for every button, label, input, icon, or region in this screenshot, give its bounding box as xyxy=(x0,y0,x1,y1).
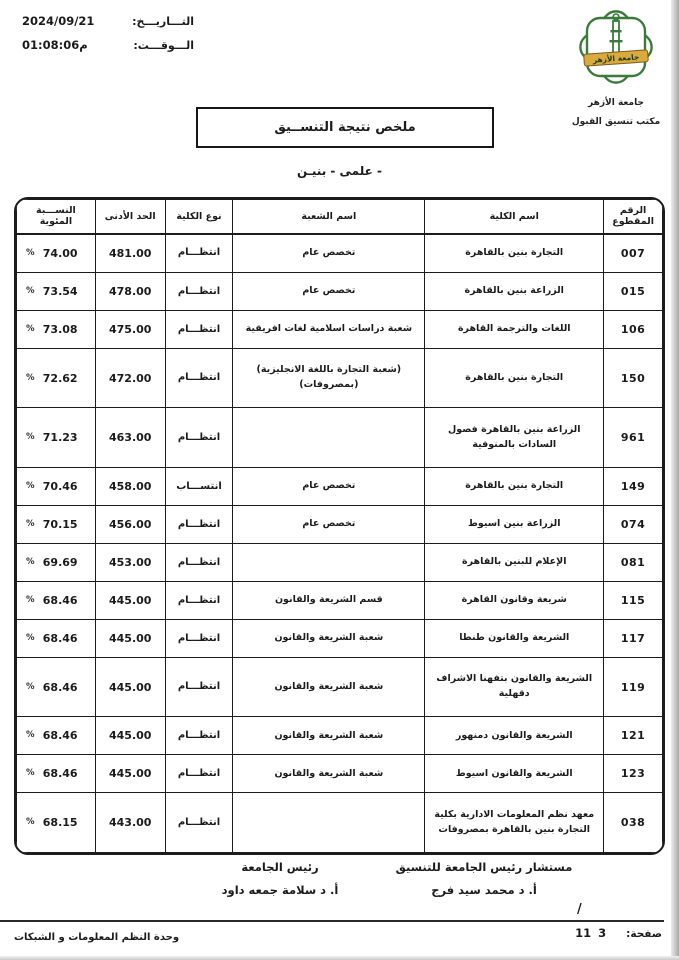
cell-division-name: شعبة الشريعة والقانون xyxy=(233,755,425,793)
signature-left-name: أ. د سلامة جمعه داود xyxy=(164,883,396,897)
header-college-name: اسم الكلية xyxy=(425,200,604,234)
header-division-name: اسم الشعبة xyxy=(233,200,425,234)
cell-minimum-score: 472.00 xyxy=(95,348,165,407)
cell-percentage: % 71.23 xyxy=(17,408,96,467)
cell-percentage: % 72.62 xyxy=(17,348,96,407)
cell-percentage: % 68.46 xyxy=(17,581,96,619)
cell-percentage: % 69.69 xyxy=(17,543,96,581)
signature-university-president: رئيس الجامعة أ. د سلامة جمعه داود xyxy=(164,860,396,897)
cell-division-name: (شعبة التجارة باللغة الانجليزية)(بمصروفا… xyxy=(233,348,425,407)
percent-sign: % xyxy=(26,518,35,531)
cell-percentage: % 70.46 xyxy=(17,467,96,505)
percent-sign: % xyxy=(26,632,35,645)
issuing-unit: وحدة النظم المعلومات و الشبكات xyxy=(14,932,179,943)
footer-divider xyxy=(0,920,664,922)
cell-code: 123 xyxy=(604,755,663,793)
office-name: مكتب تنسيق القبول xyxy=(567,117,665,127)
cell-division-name: تخصص عام xyxy=(233,467,425,505)
cell-minimum-score: 478.00 xyxy=(95,272,165,310)
page-fraction-slash: / xyxy=(577,902,582,917)
cell-percentage: % 73.54 xyxy=(17,272,96,310)
percent-sign: % xyxy=(26,480,35,493)
cell-division-name: شعبة الشريعة والقانون xyxy=(233,717,425,755)
cell-code: 961 xyxy=(604,408,663,467)
cell-college-name: التجارة بنين بالقاهرة xyxy=(425,467,604,505)
cell-college-type: انتظـــام xyxy=(165,581,233,619)
cell-college-name: معهد نظم المعلومات الادارية بكلية التجار… xyxy=(425,793,604,853)
table-row: 119 الشريعة والقانون بتفهنا الاشراف دقهل… xyxy=(17,657,663,716)
header-code: الرقم المقطوع xyxy=(604,200,663,234)
percent-sign: % xyxy=(26,431,35,444)
report-title-box: ملخص نتيجة التنســيق xyxy=(196,107,494,148)
results-table-head: الرقم المقطوع اسم الكلية اسم الشعبة نوع … xyxy=(17,200,663,234)
cell-college-type: انتظـــام xyxy=(165,234,233,273)
table-row: 121 الشريعة والقانون دمنهور شعبة الشريعة… xyxy=(17,717,663,755)
cell-college-type: انتظـــام xyxy=(165,657,233,716)
table-row: 115 شريعة وقانون القاهرة قسم الشريعة وال… xyxy=(17,581,663,619)
cell-division-name: تخصص عام xyxy=(233,505,425,543)
cell-division-name: تخصص عام xyxy=(233,272,425,310)
cell-code: 149 xyxy=(604,467,663,505)
percent-sign: % xyxy=(26,767,35,780)
percent-sign: % xyxy=(26,285,35,298)
header-percentage: النســـبة المئوية xyxy=(17,200,96,234)
cell-college-name: الإعلام للبنين بالقاهرة xyxy=(425,543,604,581)
table-header-row: الرقم المقطوع اسم الكلية اسم الشعبة نوع … xyxy=(17,200,663,234)
cell-college-type: انتظـــام xyxy=(165,348,233,407)
cell-college-type: انتظـــام xyxy=(165,505,233,543)
cell-college-type: انتظـــام xyxy=(165,717,233,755)
signature-right-title: مستشار رئيس الجامعة للتنسيق xyxy=(368,860,600,874)
cell-minimum-score: 456.00 xyxy=(95,505,165,543)
header-college-type: نوع الكلية xyxy=(165,200,233,234)
cell-code: 117 xyxy=(604,619,663,657)
signature-left-title: رئيس الجامعة xyxy=(164,860,396,874)
time-value: 01:08:06م xyxy=(22,38,88,52)
cell-code: 074 xyxy=(604,505,663,543)
cell-division-name: تخصص عام xyxy=(233,234,425,273)
cell-minimum-score: 445.00 xyxy=(95,657,165,716)
table-row: 961 الزراعة بنين بالقاهرة فصول السادات ب… xyxy=(17,408,663,467)
cell-college-name: الزراعة بنين بالقاهرة xyxy=(425,272,604,310)
cell-division-name: شعبة الشريعة والقانون xyxy=(233,619,425,657)
cell-minimum-score: 445.00 xyxy=(95,717,165,755)
cell-code: 015 xyxy=(604,272,663,310)
results-table: الرقم المقطوع اسم الكلية اسم الشعبة نوع … xyxy=(14,197,665,855)
cell-division-name: شعبة دراسات اسلامية لغات افريقية xyxy=(233,310,425,348)
percent-sign: % xyxy=(26,372,35,385)
table-row: 038 معهد نظم المعلومات الادارية بكلية ال… xyxy=(17,793,663,853)
cell-minimum-score: 443.00 xyxy=(95,793,165,853)
cell-code: 038 xyxy=(604,793,663,853)
table-row: 015 الزراعة بنين بالقاهرة تخصص عام انتظـ… xyxy=(17,272,663,310)
time-label: الـــوقـــت: xyxy=(133,39,194,52)
cell-percentage: % 68.46 xyxy=(17,755,96,793)
cell-minimum-score: 445.00 xyxy=(95,581,165,619)
percent-sign: % xyxy=(26,729,35,742)
cell-percentage: % 68.15 xyxy=(17,793,96,853)
results-table-body: 007 التجارة بنين بالقاهرة تخصص عام انتظـ… xyxy=(17,234,663,853)
cell-percentage: % 68.46 xyxy=(17,657,96,716)
table-row: 123 الشريعة والقانون اسيوط شعبة الشريعة … xyxy=(17,755,663,793)
page-label: صفحة: xyxy=(626,928,662,940)
table-row: 074 الزراعة بنين اسيوط تخصص عام انتظـــا… xyxy=(17,505,663,543)
page-current: 3 xyxy=(598,926,606,940)
cell-code: 150 xyxy=(604,348,663,407)
cell-code: 081 xyxy=(604,543,663,581)
cell-college-name: التجارة بنين بالقاهرة xyxy=(425,234,604,273)
al-azhar-logo-icon: جامعة الأزهر xyxy=(572,4,660,94)
signature-right-name: أ. د محمد سيد فرج xyxy=(368,883,600,897)
report-title: ملخص نتيجة التنســيق xyxy=(274,120,415,135)
cell-minimum-score: 463.00 xyxy=(95,408,165,467)
cell-percentage: % 68.46 xyxy=(17,717,96,755)
percent-sign: % xyxy=(26,594,35,607)
percent-sign: % xyxy=(26,323,35,336)
cell-college-name: الشريعة والقانون طنطا xyxy=(425,619,604,657)
cell-code: 106 xyxy=(604,310,663,348)
cell-college-type: انتظـــام xyxy=(165,619,233,657)
cell-code: 121 xyxy=(604,717,663,755)
page-total: 11 xyxy=(575,926,591,940)
cell-college-name: الشريعة والقانون دمنهور xyxy=(425,717,604,755)
date-label: التـــاريـــخ: xyxy=(132,15,194,28)
cell-college-type: انتســـاب xyxy=(165,467,233,505)
cell-minimum-score: 475.00 xyxy=(95,310,165,348)
percent-sign: % xyxy=(26,816,35,829)
cell-college-type: انتظـــام xyxy=(165,755,233,793)
cell-minimum-score: 445.00 xyxy=(95,619,165,657)
table-row: 117 الشريعة والقانون طنطا شعبة الشريعة و… xyxy=(17,619,663,657)
cell-college-type: انتظـــام xyxy=(165,793,233,853)
date-value: 2024/09/21 xyxy=(22,14,94,28)
table-row: 150 التجارة بنين بالقاهرة (شعبة التجارة … xyxy=(17,348,663,407)
cell-college-name: شريعة وقانون القاهرة xyxy=(425,581,604,619)
cell-college-type: انتظـــام xyxy=(165,543,233,581)
cell-division-name: شعبة الشريعة والقانون xyxy=(233,657,425,716)
page-number: صفحة: 3 11 xyxy=(575,926,662,940)
table-row: 007 التجارة بنين بالقاهرة تخصص عام انتظـ… xyxy=(17,234,663,273)
cell-minimum-score: 453.00 xyxy=(95,543,165,581)
cell-college-name: الشريعة والقانون بتفهنا الاشراف دقهلية xyxy=(425,657,604,716)
report-subtitle: - علمى - بنيـن xyxy=(0,164,679,178)
percent-sign: % xyxy=(26,681,35,694)
cell-college-name: الزراعة بنين بالقاهرة فصول السادات بالمن… xyxy=(425,408,604,467)
university-name: جامعة الأزهر xyxy=(567,98,665,108)
cell-minimum-score: 445.00 xyxy=(95,755,165,793)
table-row: 081 الإعلام للبنين بالقاهرة انتظـــام 45… xyxy=(17,543,663,581)
cell-minimum-score: 481.00 xyxy=(95,234,165,273)
cell-college-name: اللغات والترجمة القاهرة xyxy=(425,310,604,348)
table-row: 149 التجارة بنين بالقاهرة تخصص عام انتسـ… xyxy=(17,467,663,505)
cell-college-name: الشريعة والقانون اسيوط xyxy=(425,755,604,793)
cell-percentage: % 70.15 xyxy=(17,505,96,543)
cell-college-name: التجارة بنين بالقاهرة xyxy=(425,348,604,407)
datetime-block: التـــاريـــخ: 2024/09/21 الـــوقـــت: 0… xyxy=(22,14,194,62)
date-row: التـــاريـــخ: 2024/09/21 xyxy=(22,14,194,38)
cell-college-type: انتظـــام xyxy=(165,272,233,310)
cell-percentage: % 68.46 xyxy=(17,619,96,657)
scan-edge-right xyxy=(671,0,679,960)
cell-division-name xyxy=(233,793,425,853)
cell-college-type: انتظـــام xyxy=(165,408,233,467)
cell-percentage: % 74.00 xyxy=(17,234,96,273)
cell-division-name: قسم الشريعة والقانون xyxy=(233,581,425,619)
signature-coordination-advisor: مستشار رئيس الجامعة للتنسيق أ. د محمد سي… xyxy=(368,860,600,897)
time-row: الـــوقـــت: 01:08:06م xyxy=(22,38,194,62)
table-row: 106 اللغات والترجمة القاهرة شعبة دراسات … xyxy=(17,310,663,348)
cell-code: 119 xyxy=(604,657,663,716)
cell-division-name xyxy=(233,543,425,581)
cell-minimum-score: 458.00 xyxy=(95,467,165,505)
percent-sign: % xyxy=(26,247,35,260)
results-table-grid: الرقم المقطوع اسم الكلية اسم الشعبة نوع … xyxy=(16,199,663,853)
header-minimum-score: الحد الأدنى xyxy=(95,200,165,234)
percent-sign: % xyxy=(26,556,35,569)
scan-edge-bottom xyxy=(0,956,679,960)
cell-college-type: انتظـــام xyxy=(165,310,233,348)
cell-division-name xyxy=(233,408,425,467)
brand-block: جامعة الأزهر جامعة الأزهر مكتب تنسيق الق… xyxy=(567,4,665,127)
cell-code: 115 xyxy=(604,581,663,619)
cell-code: 007 xyxy=(604,234,663,273)
report-page: التـــاريـــخ: 2024/09/21 الـــوقـــت: 0… xyxy=(0,0,679,960)
cell-percentage: % 73.08 xyxy=(17,310,96,348)
cell-college-name: الزراعة بنين اسيوط xyxy=(425,505,604,543)
